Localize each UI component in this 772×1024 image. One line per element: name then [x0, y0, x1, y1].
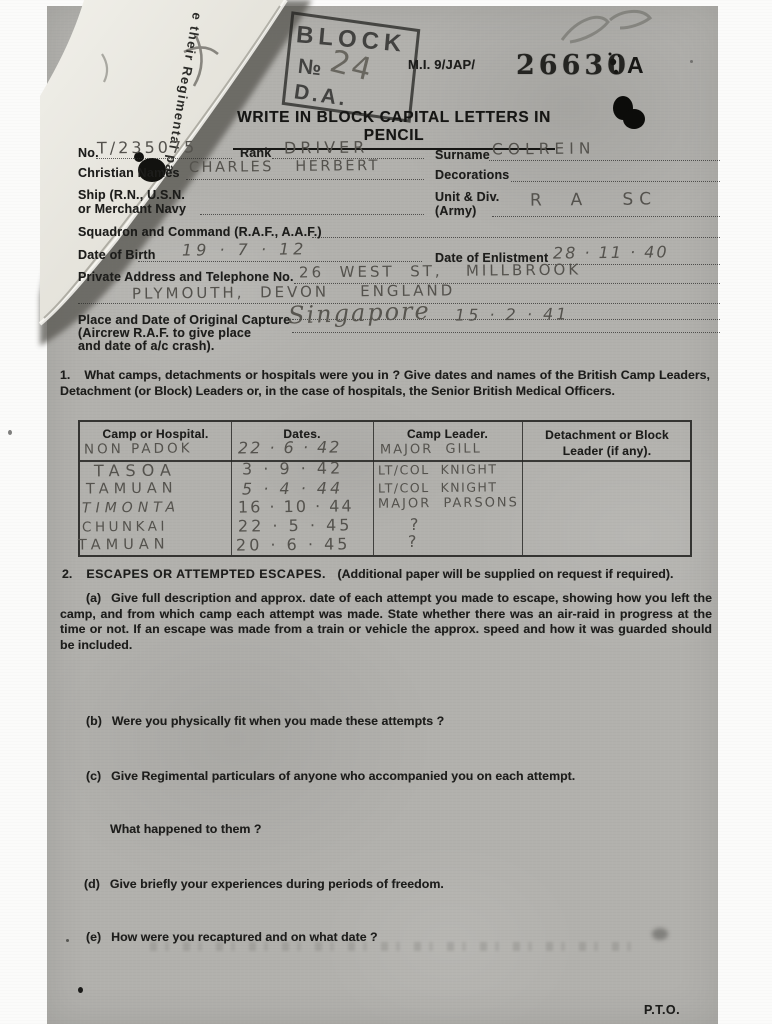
- dates-cell: 20 · 6 · 45: [236, 534, 351, 554]
- capture-label-line3: and date of a/c crash).: [78, 339, 215, 353]
- surname-value: COLREIN: [492, 139, 596, 158]
- leader-cell: MAJOR GILL: [380, 441, 482, 457]
- leader-cell: LT/COL KNIGHT: [378, 479, 498, 495]
- dotted-line: [492, 216, 720, 217]
- question-2-title: ESCAPES OR ATTEMPTED ESCAPES.: [86, 567, 326, 581]
- camp-cell: TIMONTA: [82, 499, 180, 516]
- rank-value: DRIVER: [284, 138, 369, 158]
- dotted-line: [292, 332, 720, 333]
- paper-speck: [78, 987, 83, 993]
- no-value: T/235075: [97, 137, 197, 157]
- dates-cell: 22 · 5 · 45: [238, 515, 353, 535]
- question-2-note: (Additional paper will be supplied on re…: [337, 567, 673, 581]
- christian-names-value: CHARLES HERBERT: [189, 158, 380, 176]
- table-column-divider: [373, 422, 374, 555]
- bleedthrough-smudge-2: [652, 928, 668, 940]
- unit-div-label-line1: Unit & Div.: [435, 190, 499, 204]
- scanned-document-photo: e their Regimental pa BLOCK № 24 D.A. M.…: [0, 0, 772, 1024]
- question-1-number: 1.: [60, 368, 70, 382]
- camp-cell: TASOA: [94, 461, 177, 481]
- table-header-camp: Camp or Hospital.: [80, 428, 231, 442]
- surname-label: Surname: [435, 148, 490, 162]
- question-2b-label: (b): [86, 714, 102, 728]
- unit-div-value: R A SC: [530, 189, 657, 210]
- table-column-divider: [231, 422, 232, 555]
- question-1-text: What camps, detachments or hospitals wer…: [60, 368, 710, 398]
- question-2b: (b)Were you physically fit when you made…: [86, 714, 706, 730]
- table-header-leader: Camp Leader.: [373, 428, 522, 442]
- question-2c-label: (c): [86, 769, 101, 783]
- question-2c-followup: What happened to them ?: [110, 822, 510, 838]
- camps-table: Camp or Hospital. Dates. Camp Leader. De…: [78, 420, 692, 557]
- leader-cell: LT/COL KNIGHT: [378, 461, 498, 477]
- paper-speck: [690, 60, 693, 63]
- unit-div-label-line2: (Army): [435, 204, 476, 218]
- question-2c-text: Give Regimental particulars of anyone wh…: [111, 769, 575, 783]
- capture-place-value: Singapore: [288, 297, 432, 330]
- bleedthrough-text-smudge: [150, 942, 640, 951]
- pto-footer: P.T.O.: [644, 1003, 680, 1017]
- dotted-line: [511, 181, 720, 182]
- camp-cell: TAMUAN: [78, 537, 170, 554]
- leader-cell: MAJOR PARSONS: [378, 495, 519, 511]
- leader-cell: ?: [408, 532, 420, 551]
- camp-cell: NON PADOK: [84, 440, 193, 457]
- question-2d: (d)Give briefly your experiences during …: [84, 877, 704, 893]
- ink-splatter: [604, 48, 630, 82]
- ship-label-line2: or Merchant Navy: [78, 202, 186, 216]
- question-2-number: 2.: [62, 567, 72, 581]
- dotted-line: [489, 160, 720, 161]
- dotted-line: [200, 214, 424, 215]
- dotted-line: [186, 179, 424, 180]
- dob-value: 19 · 7 · 12: [182, 239, 308, 259]
- ink-blob: [606, 92, 652, 138]
- capture-date-value: 15 · 2 · 41: [455, 304, 570, 324]
- question-2e-label: (e): [86, 930, 101, 944]
- dates-cell: 5 · 4 · 44: [242, 478, 343, 498]
- camp-cell: TAMUAN: [86, 481, 178, 498]
- table-header-detachment: Detachment or Block Leader (if any).: [522, 428, 692, 459]
- question-2d-label: (d): [84, 877, 100, 891]
- address-value-line1: 26 WEST ST, MILLBROOK: [299, 261, 581, 282]
- decorations-label: Decorations: [435, 168, 509, 182]
- question-2b-text: Were you physically fit when you made th…: [112, 714, 444, 728]
- question-2d-text: Give briefly your experiences during per…: [110, 877, 444, 891]
- paper-speck: [8, 430, 12, 435]
- dates-cell: 16 · 10 · 44: [238, 496, 354, 516]
- question-2c: (c)Give Regimental particulars of anyone…: [86, 769, 706, 785]
- question-2-heading: 2.ESCAPES OR ATTEMPTED ESCAPES. (Additio…: [62, 567, 712, 583]
- dates-cell: 22 · 6 · 42: [238, 437, 342, 457]
- question-2a-label: (a): [86, 591, 101, 605]
- dotted-line: [312, 237, 720, 238]
- question-2a: (a)Give full description and approx. dat…: [60, 591, 712, 654]
- block-stamp-no: №: [297, 55, 323, 81]
- question-2a-text: Give full description and approx. date o…: [60, 591, 712, 652]
- ship-label-line1: Ship (R.N., U.S.N.: [78, 188, 185, 202]
- address-label: Private Address and Telephone No.: [78, 270, 294, 284]
- paper-speck: [66, 939, 69, 942]
- question-1: 1.What camps, detachments or hospitals w…: [60, 368, 710, 399]
- mi9-reference: M.I. 9/JAP/: [408, 58, 475, 73]
- camp-cell: CHUNKAI: [82, 519, 168, 536]
- christian-names-label: Christian Names: [78, 166, 180, 180]
- dates-cell: 3 · 9 · 42: [242, 458, 343, 478]
- enlistment-value: 28 · 11 · 40: [553, 242, 669, 262]
- squadron-label: Squadron and Command (R.A.F., A.A.F.): [78, 225, 322, 239]
